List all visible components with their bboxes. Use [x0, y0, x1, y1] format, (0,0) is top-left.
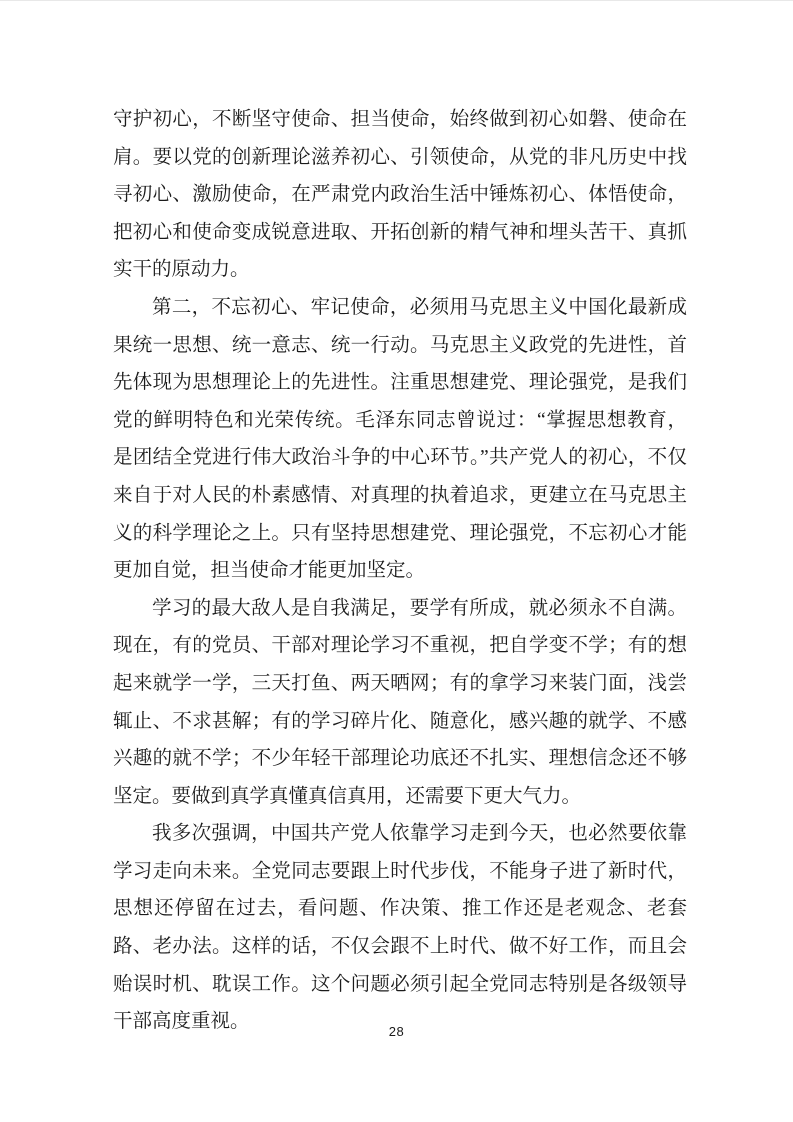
document-page: 守护初心，不断坚守使命、担当使命，始终做到初心如磐、使命在肩。要以党的创新理论滋… — [0, 0, 793, 1122]
paragraph-rely-on-learning: 我多次强调，中国共产党人依靠学习走到今天，也必然要依靠学习走向未来。全党同志要跟… — [113, 815, 687, 1041]
paragraph-second-point: 第二，不忘初心、牢记使命，必须用马克思主义中国化最新成果统一思想、统一意志、统一… — [113, 289, 687, 590]
page-footer: 28 — [0, 1023, 793, 1041]
paragraph-continuation: 守护初心，不断坚守使命、担当使命，始终做到初心如磐、使命在肩。要以党的创新理论滋… — [113, 101, 687, 289]
text-block: 守护初心，不断坚守使命、担当使命，始终做到初心如磐、使命在肩。要以党的创新理论滋… — [113, 101, 687, 1041]
page-number: 28 — [389, 1024, 404, 1039]
paragraph-learning-enemy: 学习的最大敌人是自我满足，要学有所成，就必须永不自满。现在，有的党员、干部对理论… — [113, 590, 687, 816]
